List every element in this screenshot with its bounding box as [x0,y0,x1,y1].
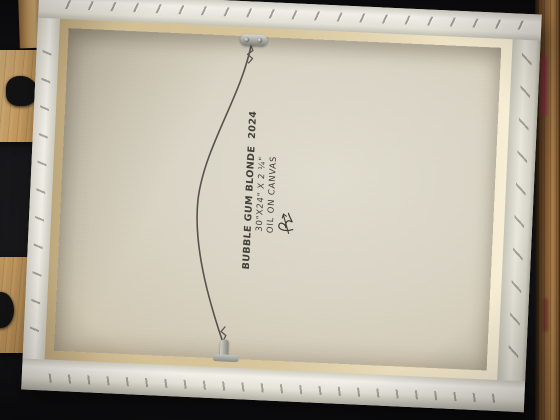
screw-icon [244,37,249,42]
screw-icon [257,38,262,43]
staples-row-icon [508,50,533,371]
handwritten-inscription: Bubble Gum Blonde2024 30"x24" x 2 ¼" Oil… [241,117,304,271]
bottom-hanger-plate-icon [213,354,239,362]
canvas-back: Bubble Gum Blonde2024 30"x24" x 2 ¼" Oil… [21,0,542,412]
red-paint-smear [543,298,548,332]
artist-signature-icon [275,185,297,238]
staples-row-icon [36,373,511,404]
year-text: 2024 [247,110,259,139]
photo-canvas-back-scene: Bubble Gum Blonde2024 30"x24" x 2 ¼" Oil… [0,0,560,420]
pink-paint-smear [541,56,547,116]
easel-knob-top [6,76,38,106]
top-hanger-plate-icon [240,34,267,46]
